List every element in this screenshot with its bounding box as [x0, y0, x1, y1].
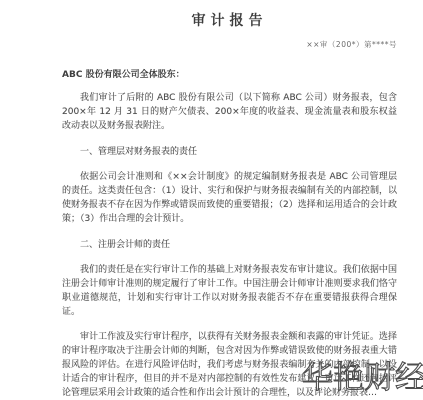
section1-heading: 一、管理层对财务报表的责任 — [62, 145, 397, 159]
intro-paragraph: 我们审计了后附的 ABC 股份有限公司（以下简称 ABC 公司）财务报表，包含 … — [62, 91, 397, 133]
salutation-line: ABC 股份有限公司全体股东： — [62, 67, 397, 80]
section1-paragraph: 依据公司会计准则和《××会计制度》的规定编制财务报表是 ABC 公司管理层的责任… — [62, 170, 397, 226]
section2-paragraph-2: 审计工作波及实行审计程序，以获得有关财务报表金额和表露的审计凭证。选择的审计程序… — [62, 330, 397, 400]
document-content: 审计报告 ××审（200*）第****号 ABC 股份有限公司全体股东： 我们审… — [0, 0, 423, 400]
page-title: 审计报告 — [62, 10, 397, 30]
section2-heading: 二、注册会计师的责任 — [62, 238, 397, 252]
audit-report-page: 审计报告 ××审（200*）第****号 ABC 股份有限公司全体股东： 我们审… — [0, 0, 423, 400]
report-number: ××审（200*）第****号 — [62, 39, 397, 50]
section2-paragraph-1: 我们的责任是在实行审计工作的基础上对财务报表发布审计建议。我们依据中国注册会计师… — [62, 263, 397, 319]
